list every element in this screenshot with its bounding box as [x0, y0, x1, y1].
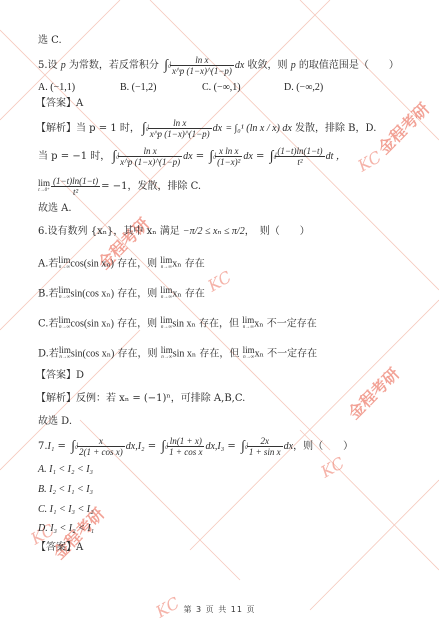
- document-page: 选 C. 5.设 p 为常数，若反常积分 ∫10ln xx^p (1−x)^(1…: [0, 0, 439, 623]
- integral-sign: ∫10: [164, 59, 168, 73]
- q5-option-b: B. (−1,2): [120, 82, 156, 94]
- q6-stem: 6.设有数列 {xₙ}，其中 xₙ 满足 −π/2 ≤ xₙ ≤ π/2， 则（…: [38, 226, 310, 238]
- q7-option-c: C. I₁ < I₃ < I₂: [38, 504, 94, 516]
- q6-option-c: C.若limn→∞cos(sin xₙ) 存在，则 limn→∞sin xₙ 存…: [38, 316, 317, 332]
- prev-conclusion: 选 C.: [38, 35, 62, 47]
- q5-analysis-1: 【解析】当 p = 1 时，∫10ln xx^p (1−x)^(1−p)dx =…: [36, 118, 376, 139]
- q5-stem: 5.设 p 为常数，若反常积分 ∫10ln xx^p (1−x)^(1−p)dx…: [38, 55, 399, 76]
- q5-integrand: ln xx^p (1−x)^(1−p): [170, 55, 234, 76]
- q7-option-b: B. I₂ < I₁ < I₃: [38, 484, 93, 496]
- q5-analysis-3: limt→0⁺(1−t)ln(1−t)t²= −1，发散，排除 C.: [38, 176, 201, 197]
- q7-stem: 7.I₁ = ∫10x2(1 + cos x)dx,I₂ = ∫10ln(1 +…: [38, 436, 353, 457]
- q5-option-a: A. (−1,1): [38, 82, 75, 94]
- q6-answer: 【答案】D: [36, 370, 84, 382]
- q5-answer: 【答案】A: [36, 98, 83, 110]
- page-footer: 第 3 页 共 11 页: [0, 604, 439, 615]
- q7-option-a: A. I₁ < I₂ < I₃: [38, 464, 93, 476]
- q6-conclusion: 故选 D.: [38, 416, 72, 428]
- q5-conclusion: 故选 A.: [38, 203, 72, 215]
- q6-analysis: 【解析】反例：若 xₙ = (−1)ⁿ，可排除 A,B,C.: [36, 393, 245, 405]
- q5-analysis-2: 当 p = −1 时，∫10ln xx^p (1−x)^(1−p)dx = ∫1…: [38, 146, 346, 167]
- q6-option-b: B.若limn→∞sin(cos xₙ) 存在，则 limn→∞xₙ 存在: [38, 286, 205, 302]
- q6-option-d: D.若limn→∞sin(cos xₙ) 存在，则 limn→∞sin xₙ 存…: [38, 346, 317, 362]
- q5-option-c: C. (−∞,1): [202, 82, 241, 94]
- q7-option-d: D. I₃ < I₂ < I₁: [38, 523, 94, 535]
- q5-option-d: D. (−∞,2): [284, 82, 323, 94]
- q6-option-a: A.若limn→∞cos(sin xₙ) 存在，则 limn→∞xₙ 存在: [38, 256, 205, 272]
- q7-answer: 【答案】A: [36, 542, 83, 554]
